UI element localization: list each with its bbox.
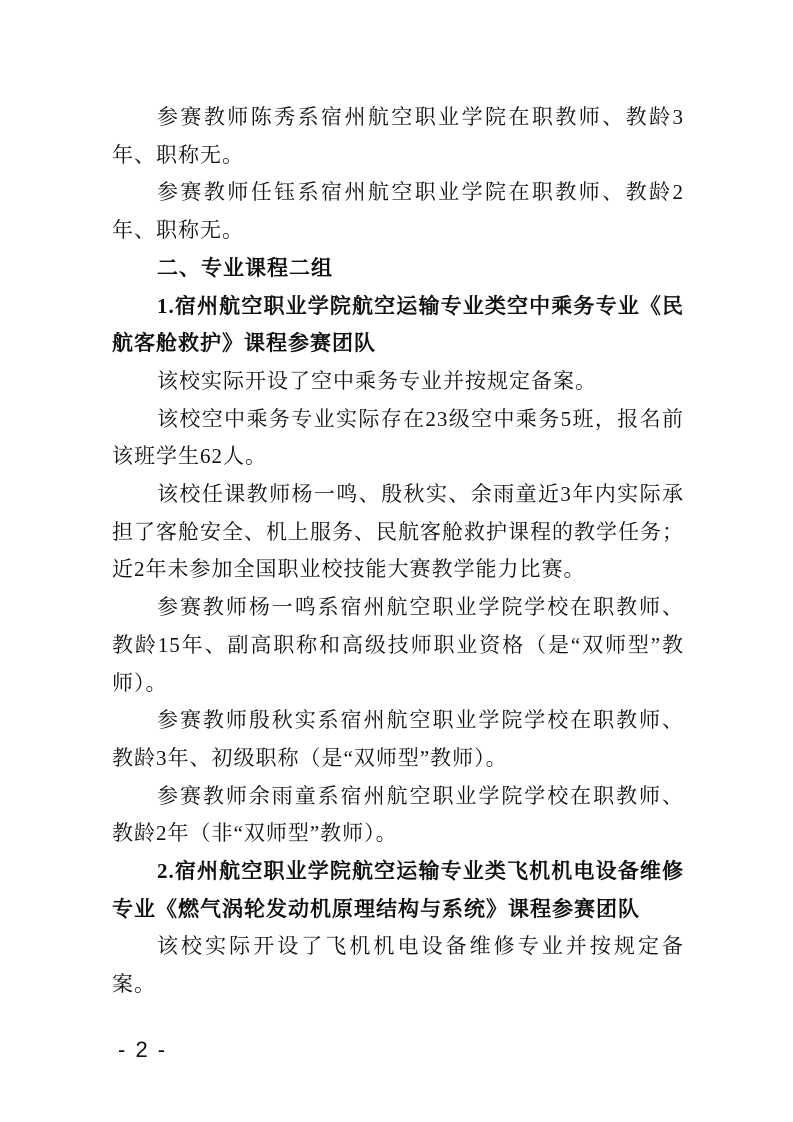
section-heading-group-two: 二、专业课程二组	[112, 250, 684, 288]
paragraph-class-enrollment: 该校空中乘务专业实际存在23级空中乘务5班，报名前该班学生62人。	[112, 401, 684, 476]
paragraph-teacher-renyu: 参赛教师任钰系宿州航空职业学院在职教师、教龄2年、职称无。	[112, 174, 684, 249]
paragraph-teaching-tasks: 该校任课教师杨一鸣、殷秋实、余雨童近3年内实际承担了客舱安全、机上服务、民航客舱…	[112, 476, 684, 589]
course-heading-1: 1.宿州航空职业学院航空运输专业类空中乘务专业《民航客舱救护》课程参赛团队	[112, 288, 684, 363]
document-body: 参赛教师陈秀系宿州航空职业学院在职教师、教龄3年、职称无。 参赛教师任钰系宿州航…	[112, 99, 684, 1004]
page-number: - 2 -	[118, 1037, 167, 1063]
course-heading-2: 2.宿州航空职业学院航空运输专业类飞机机电设备维修专业《燃气涡轮发动机原理结构与…	[112, 853, 684, 928]
paragraph-teacher-yinqiushi: 参赛教师殷秋实系宿州航空职业学院学校在职教师、教龄3年、初级职称（是“双师型”教…	[112, 702, 684, 777]
paragraph-teacher-yuyutong: 参赛教师余雨童系宿州航空职业学院学校在职教师、教龄2年（非“双师型”教师）。	[112, 778, 684, 853]
paragraph-major-registered-2: 该校实际开设了飞机机电设备维修专业并按规定备案。	[112, 928, 684, 1003]
paragraph-teacher-yangyiming: 参赛教师杨一鸣系宿州航空职业学院学校在职教师、教龄15年、副高职称和高级技师职业…	[112, 589, 684, 702]
paragraph-teacher-chenxiu: 参赛教师陈秀系宿州航空职业学院在职教师、教龄3年、职称无。	[112, 99, 684, 174]
paragraph-major-registered-1: 该校实际开设了空中乘务专业并按规定备案。	[112, 363, 684, 401]
document-page: 参赛教师陈秀系宿州航空职业学院在职教师、教龄3年、职称无。 参赛教师任钰系宿州航…	[0, 0, 793, 1122]
